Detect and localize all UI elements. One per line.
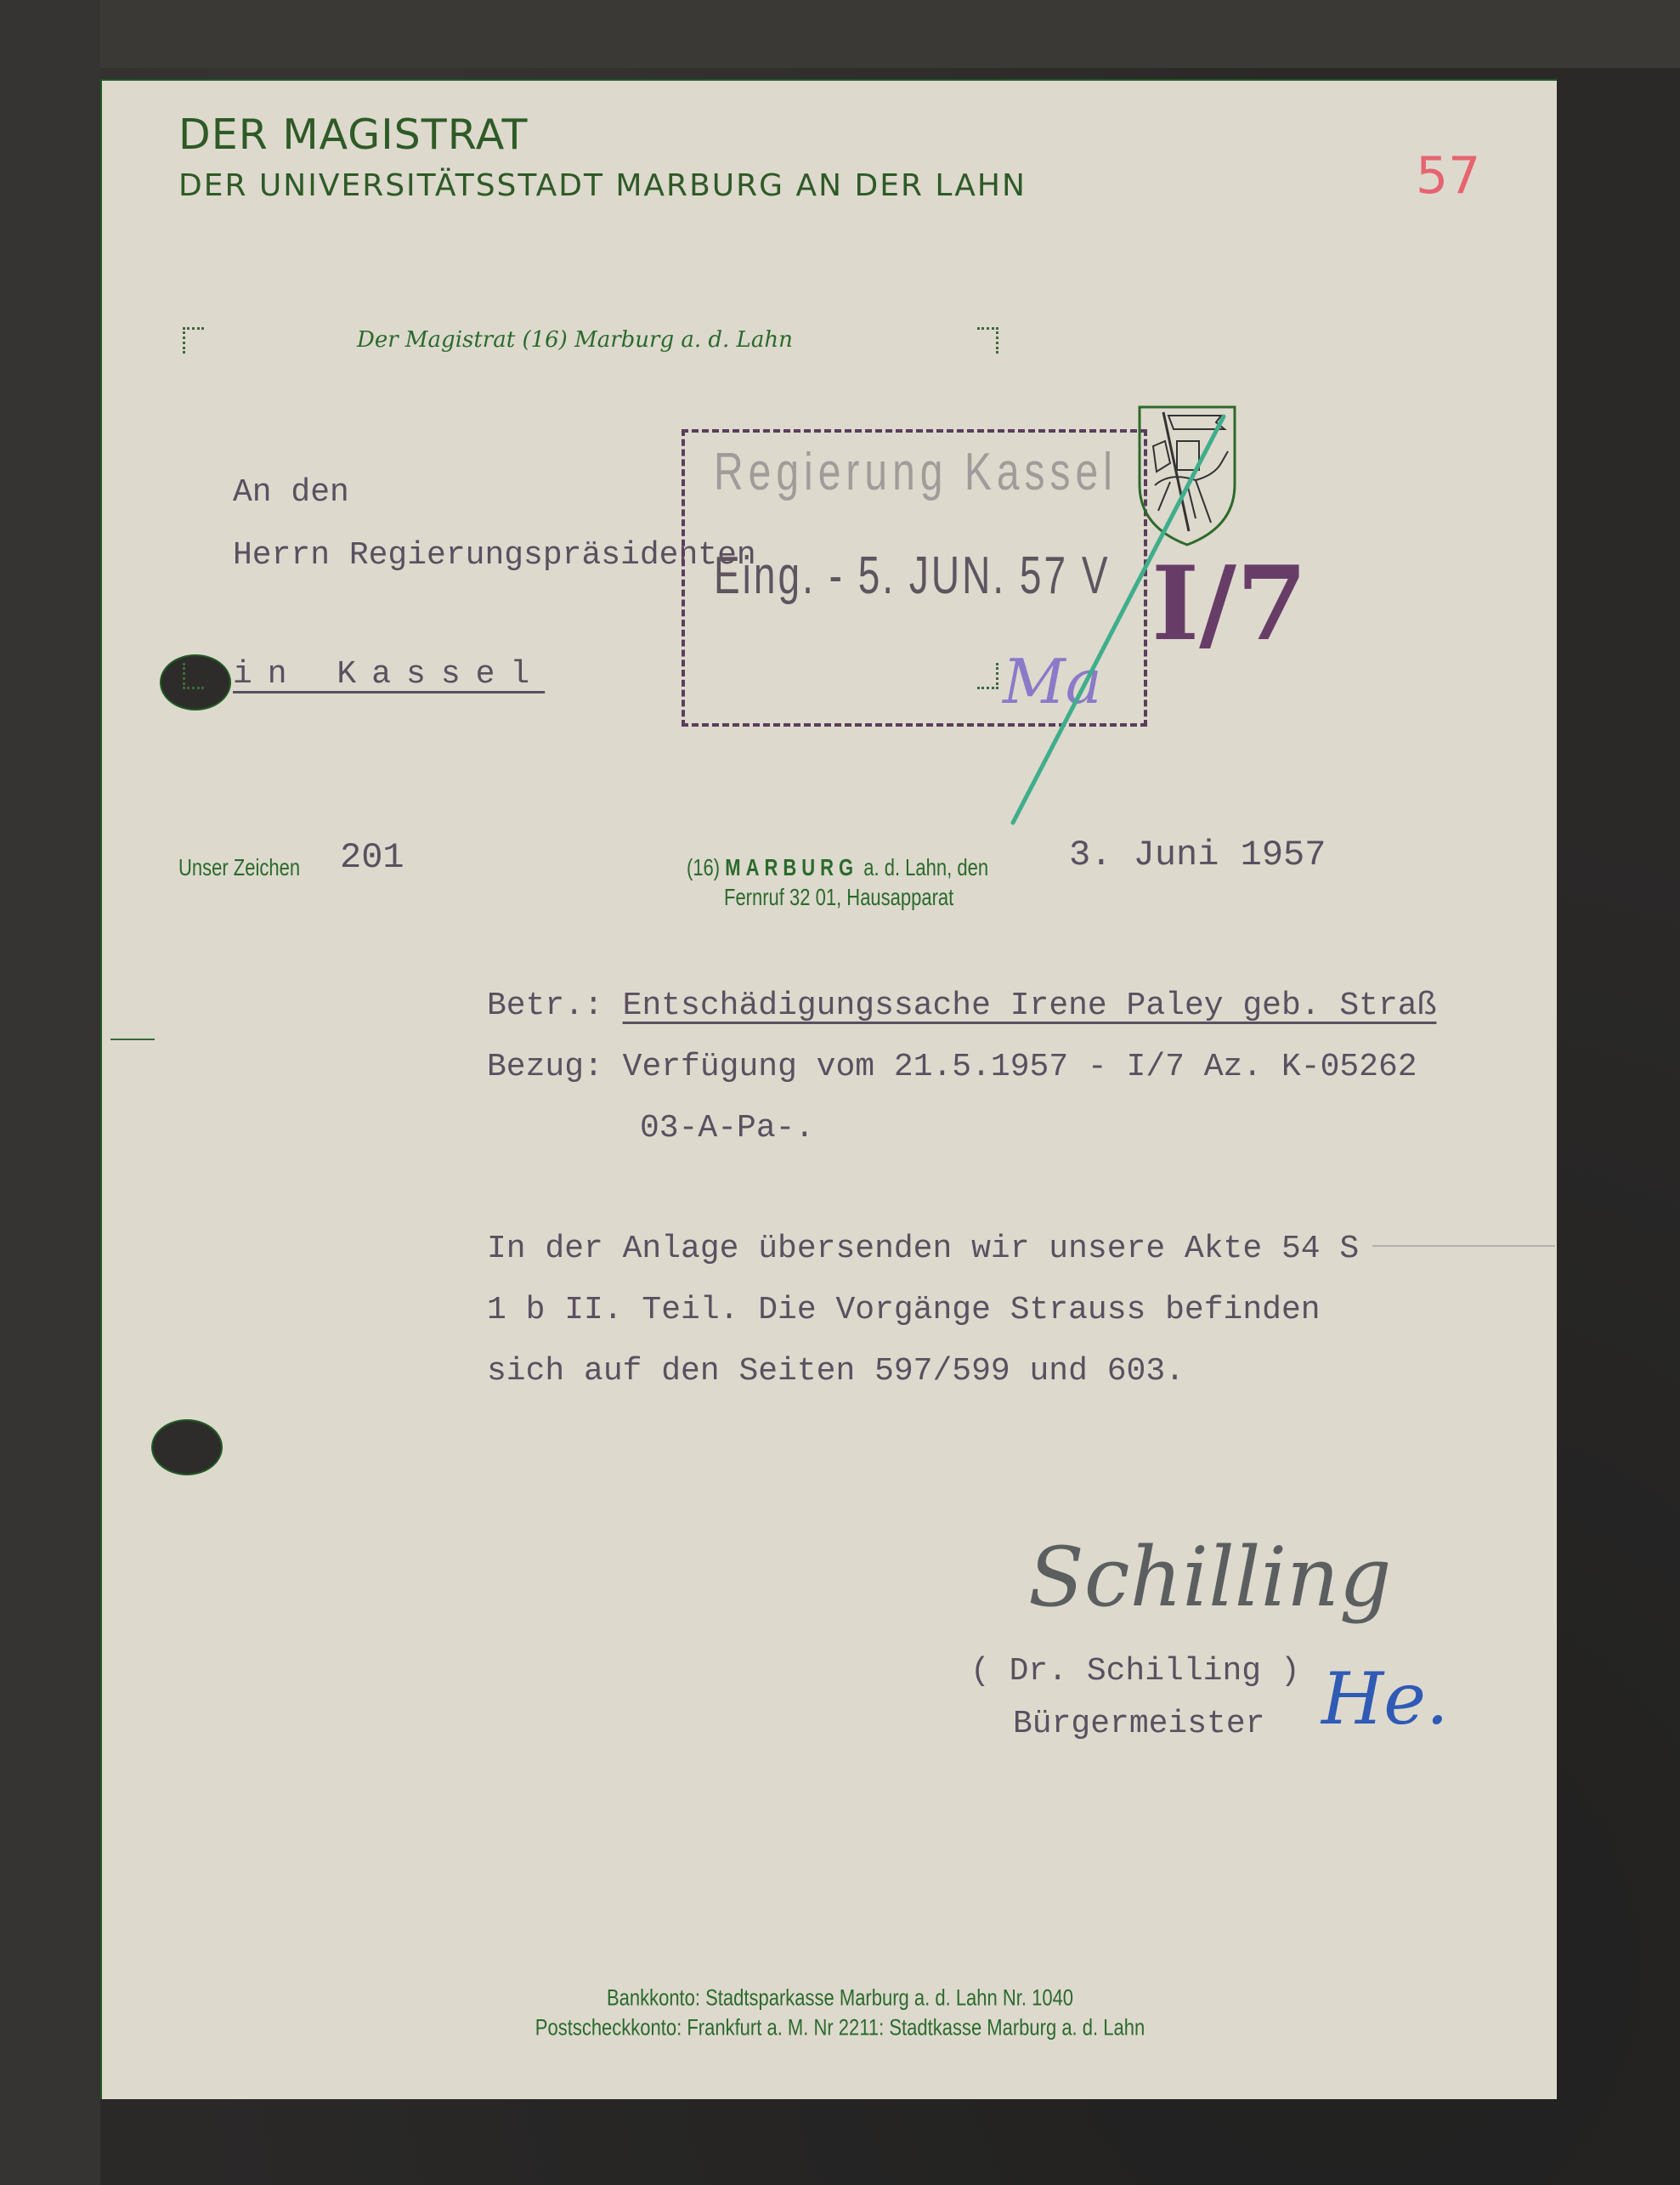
coat-of-arms-icon (1136, 404, 1238, 548)
place-suffix: a. d. Lahn, den (863, 854, 988, 880)
reference-line-2: 03-A-Pa-. (640, 1110, 814, 1146)
subject-line: Betr.: Entschädigungssache Irene Paley g… (487, 988, 1436, 1024)
stamp-received-date: Eing. - 5. JUN. 57 V (714, 544, 1111, 606)
background-board-left (0, 0, 100, 2185)
body-line: 1 b II. Teil. Die Vorgänge Strauss befin… (487, 1292, 1321, 1328)
signatory-title: Bürgermeister (1013, 1706, 1264, 1742)
reference-line: Bezug: Verfügung vom 21.5.1957 - I/7 Az.… (487, 1049, 1417, 1085)
place-prefix: (16) (687, 854, 720, 880)
body-line: sich auf den Seiten 597/599 und 603. (487, 1353, 1185, 1390)
routing-mark: I/7 (1151, 544, 1307, 664)
handwritten-signature: Schilling (1028, 1530, 1391, 1625)
address-window-corner (183, 663, 204, 689)
background-board (0, 0, 1680, 68)
paper-bleed-line (1372, 1245, 1555, 1247)
unser-zeichen-value: 201 (340, 837, 404, 878)
body-line: In der Anlage übersenden wir unsere Akte… (487, 1231, 1359, 1267)
return-address: Der Magistrat (16) Marburg a. d. Lahn (357, 327, 793, 353)
bezug-label: Bezug: (487, 1049, 603, 1085)
letter-page (100, 79, 1557, 2099)
fold-mark (110, 1039, 155, 1040)
letterhead-title: DER MAGISTRAT (178, 110, 528, 159)
betr-value: Entschädigungssache Irene Paley geb. Str… (623, 988, 1437, 1024)
signer-initial: He. (1321, 1657, 1449, 1741)
stamp-authority: Regierung Kassel (714, 442, 1117, 503)
signatory-name: ( Dr. Schilling ) (970, 1653, 1300, 1690)
address-window-corner (183, 327, 204, 354)
footer-bank-account: Bankkonto: Stadtsparkasse Marburg a. d. … (0, 1984, 1680, 2011)
place-name: MARBURG (725, 854, 858, 880)
phone-line: Fernruf 32 01, Hausapparat (724, 884, 953, 912)
recipient-city: in Kassel (233, 656, 545, 693)
place-line: (16) MARBURG a. d. Lahn, den (687, 854, 988, 882)
footer-postal-account: Postscheckkonto: Frankfurt a. M. Nr 2211… (0, 2014, 1680, 2041)
betr-label: Betr.: (487, 988, 603, 1024)
handwritten-initial: Ma (1003, 646, 1102, 717)
address-window-corner (977, 327, 998, 354)
unser-zeichen-label: Unser Zeichen (178, 854, 300, 882)
hole-punch-bottom (153, 1421, 221, 1474)
letterhead-subtitle: DER UNIVERSITÄTSSTADT MARBURG AN DER LAH… (178, 168, 1027, 203)
recipient-line-1: An den (233, 474, 349, 511)
letter-date: 3. Juni 1957 (1069, 835, 1326, 875)
bezug-value: Verfügung vom 21.5.1957 - I/7 Az. K-0526… (623, 1049, 1417, 1085)
page-number-annotation: 57 (1416, 146, 1480, 206)
recipient-line-2: Herrn Regierungspräsidenten (233, 537, 756, 574)
